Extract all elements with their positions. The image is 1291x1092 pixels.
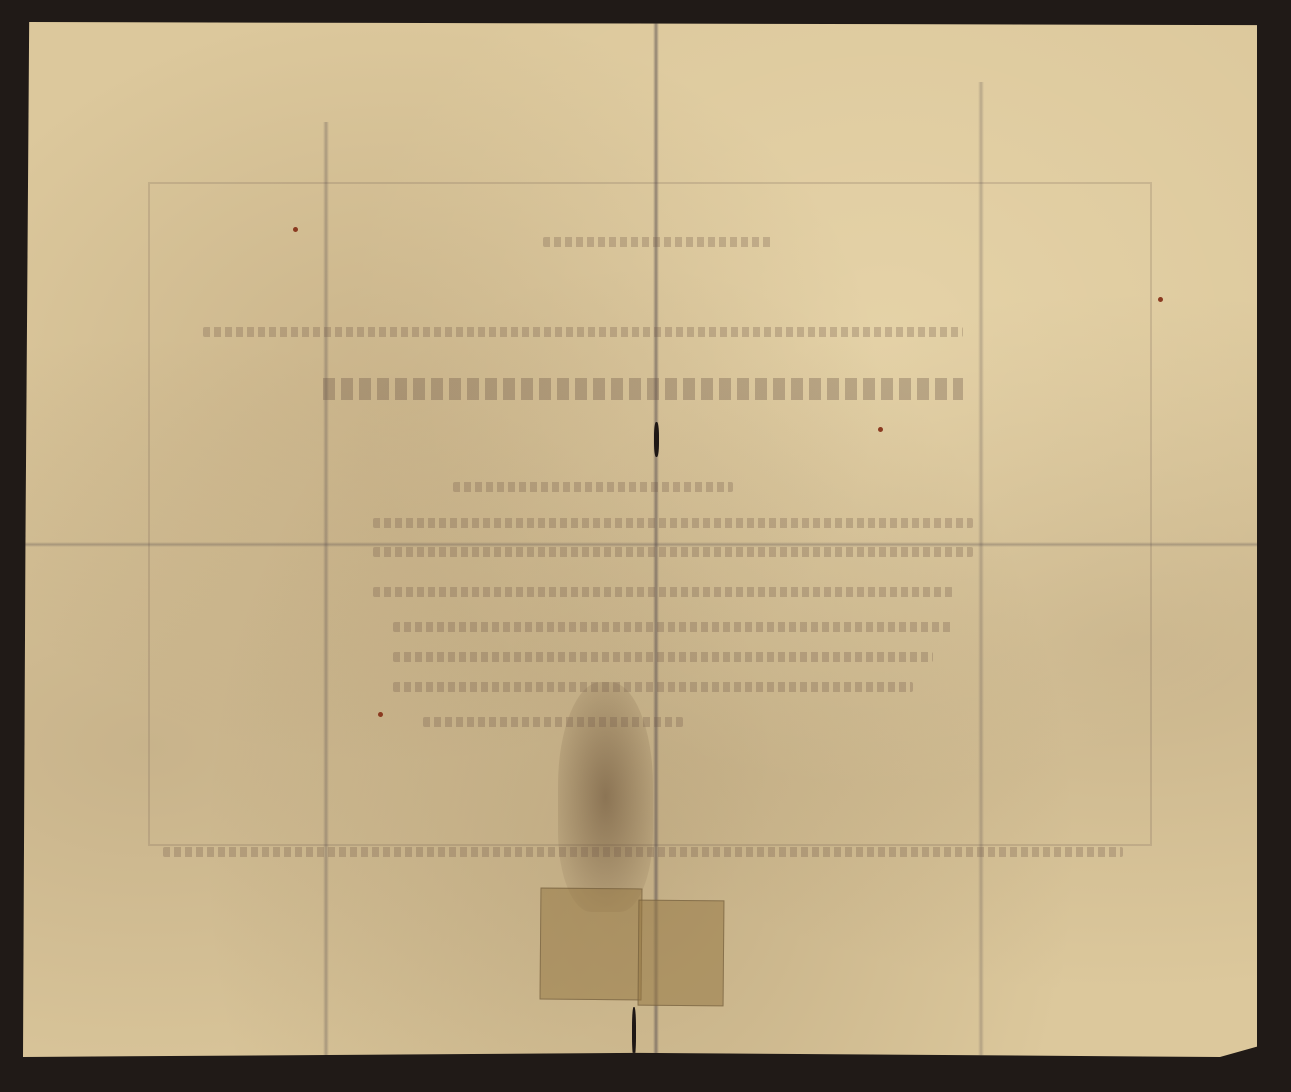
ghost-text-line [393,622,953,632]
ghost-text-line [423,717,683,727]
ghost-text-line [453,482,733,492]
bottom-tear [632,1007,636,1057]
ghost-text-line [203,327,963,337]
rust-spot [878,427,883,432]
rust-spot [293,227,298,232]
ghost-text-line [543,237,773,247]
ghost-text-line [373,547,973,557]
tape-patch-right [638,900,725,1007]
ghost-title-line [323,378,963,400]
banknote-paper: Reverse side of a worn antique paper ban… [23,22,1257,1057]
ghost-text-line [393,652,933,662]
ghost-text-line [393,682,913,692]
tape-patch-left [540,888,643,1001]
rust-spot [1158,297,1163,302]
ghost-text-line [373,518,973,528]
fold-hole [654,422,659,457]
rust-spot [378,712,383,717]
ghost-border-frame [148,182,1152,846]
right-fold [978,82,984,1057]
left-fold [323,122,329,1057]
ghost-text-line [163,847,1123,857]
ghost-text-line [373,587,953,597]
